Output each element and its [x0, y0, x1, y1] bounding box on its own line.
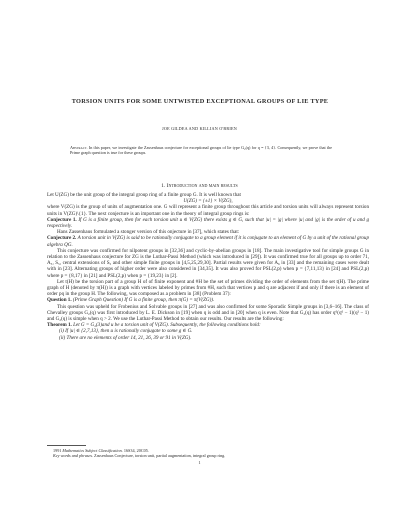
- paper-authors: JOE GILDEA AND KILLIAN O'BRIEN: [0, 126, 399, 131]
- section-heading: 1. Introduction and main results: [0, 183, 399, 189]
- paragraph-torsion: Let t(H) be the torsion part of a group …: [47, 279, 369, 298]
- conjecture-1: Conjecture 1. If G is a finite group, th…: [47, 217, 369, 229]
- conjecture-2: Conjecture 2. A torsion unit in V(ZG) is…: [47, 235, 369, 247]
- body-text: Let U(ZG) be the unit group of the integ…: [47, 192, 369, 341]
- paragraph-confirmed: This conjecture was confirmed for nilpot…: [47, 248, 369, 279]
- theorem-1-conditions: (i) If |u| ∈ {2,7,13}, then u is rationa…: [47, 328, 369, 340]
- paper-title: TORSION UNITS FOR SOME UNTWISTED EXCEPTI…: [40, 97, 360, 106]
- footnote-divider: [47, 445, 86, 446]
- paper-page: TORSION UNITS FOR SOME UNTWISTED EXCEPTI…: [0, 0, 399, 516]
- paragraph-question: This question was upheld for Frobenius a…: [47, 304, 369, 323]
- intro-paragraph-2: where V(ZG) is the group of units of aug…: [47, 204, 369, 216]
- abstract-text: In this paper, we investigate the Zassen…: [70, 145, 332, 155]
- condition-item: (ii) There are no elements of order 14, …: [59, 335, 369, 341]
- footnote-keywords: Key words and phrases. Zassenhaus Conjec…: [53, 453, 373, 458]
- abstract: Abstract. In this paper, we investigate …: [70, 145, 332, 155]
- page-number: 1: [0, 460, 399, 465]
- footnotes: 1991 Mathematics Subject Classification.…: [53, 448, 373, 458]
